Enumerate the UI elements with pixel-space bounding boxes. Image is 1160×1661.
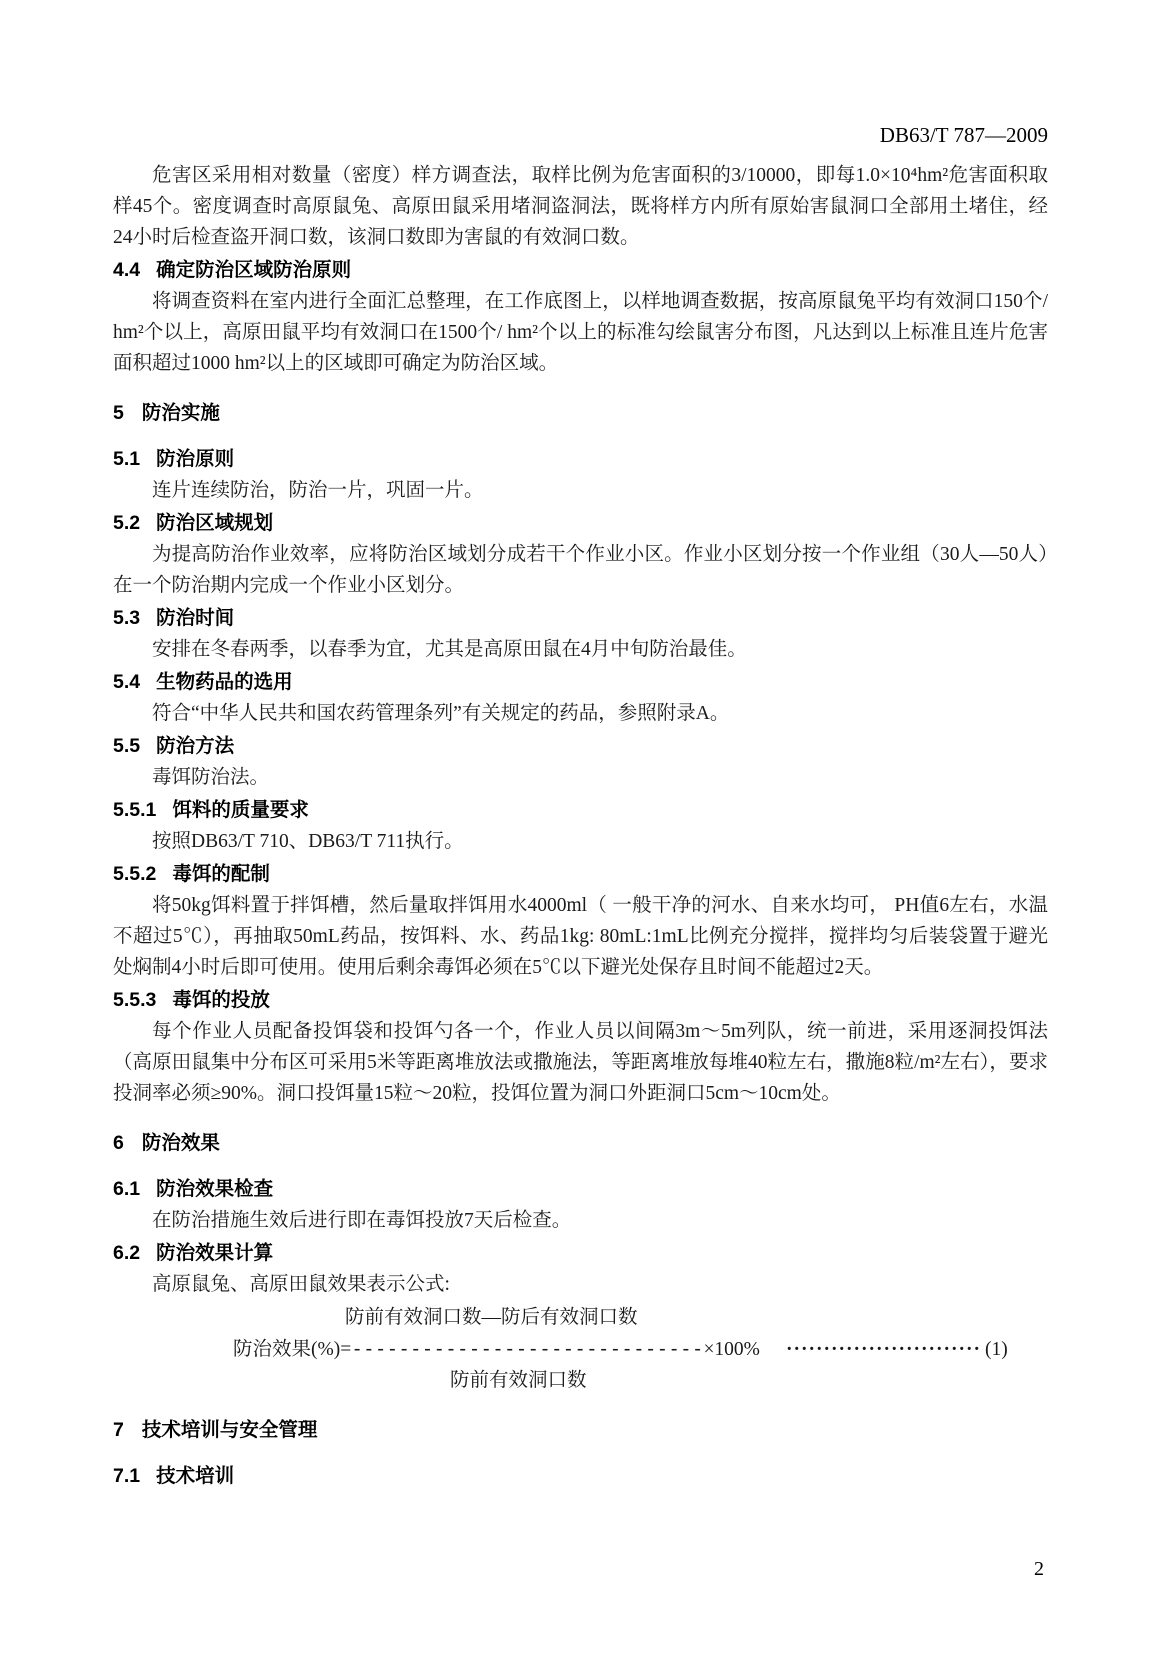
heading-5-5-1: 5.5.1饵料的质量要求 [113,795,1048,826]
clause-number: 6 [113,1132,124,1154]
paragraph-5-5-3: 每个作业人员配备投饵袋和投饵勺各一个，作业人员以间隔3m～5m列队，统一前进，采… [113,1016,1048,1109]
clause-title: 技术培训与安全管理 [142,1419,318,1441]
clause-number: 5 [113,402,124,424]
paragraph-5-3: 安排在冬春两季，以春季为宜，尤其是高原田鼠在4月中旬防治最佳。 [113,634,1048,665]
formula-multiplier: ×100% [703,1339,760,1360]
clause-number: 5.5.2 [113,863,156,885]
heading-6-1: 6.1防治效果检查 [113,1174,1048,1205]
heading-7: 7技术培训与安全管理 [113,1415,1048,1446]
formula-lhs: 防治效果(%)= [233,1339,351,1360]
formula-fraction-bar: ------------------------------ [351,1337,703,1360]
heading-5-5: 5.5防治方法 [113,731,1048,762]
clause-number: 7.1 [113,1465,140,1487]
clause-number: 7 [113,1419,124,1441]
clause-title: 防治实施 [142,402,220,424]
paragraph-6-1: 在防治措施生效后进行即在毒饵投放7天后检查。 [113,1205,1048,1236]
heading-5-5-2: 5.5.2毒饵的配制 [113,859,1048,890]
heading-5-2: 5.2防治区域规划 [113,508,1048,539]
clause-title: 防治效果计算 [156,1242,273,1264]
heading-7-1: 7.1技术培训 [113,1461,1048,1492]
clause-number: 6.2 [113,1242,140,1264]
clause-title: 防治效果检查 [156,1178,273,1200]
standard-code-header: DB63/T 787—2009 [113,122,1048,148]
clause-title: 毒饵的投放 [172,989,270,1011]
paragraph-4-4: 将调查资料在室内进行全面汇总整理，在工作底图上，以样地调查数据，按高原鼠兔平均有… [113,286,1048,379]
paragraph-5-5: 毒饵防治法。 [113,762,1048,793]
heading-5-5-3: 5.5.3毒饵的投放 [113,985,1048,1016]
formula-expression: 防治效果(%)=------------------------------×1… [233,1333,1048,1365]
clause-title: 防治区域规划 [156,512,273,534]
paragraph-5-4: 符合“中华人民共和国农药管理条列”有关规定的药品，参照附录A。 [113,698,1048,729]
clause-title: 生物药品的选用 [156,671,293,693]
formula-denominator: 防前有效洞口数 [450,1365,1048,1396]
paragraph-6-2: 高原鼠兔、高原田鼠效果表示公式: [113,1269,1048,1300]
paragraph-5-5-2: 将50kg饵料置于拌饵槽，然后量取拌饵用水4000ml（ 一般干净的河水、自来水… [113,890,1048,983]
paragraph-5-5-1: 按照DB63/T 710、DB63/T 711执行。 [113,826,1048,857]
clause-title: 饵料的质量要求 [172,799,309,821]
clause-number: 5.1 [113,448,140,470]
document-page: DB63/T 787—2009 危害区采用相对数量（密度）样方调查法，取样比例为… [0,0,1160,1661]
paragraph-5-1: 连片连续防治，防治一片，巩固一片。 [113,475,1048,506]
clause-title: 确定防治区域防治原则 [156,259,351,281]
paragraph-survey-method: 危害区采用相对数量（密度）样方调查法，取样比例为危害面积的3/10000，即每1… [113,160,1048,253]
clause-title: 毒饵的配制 [172,863,270,885]
equation-number: (1) [985,1339,1008,1360]
clause-number: 5.2 [113,512,140,534]
clause-number: 5.5 [113,735,140,757]
page-content: DB63/T 787—2009 危害区采用相对数量（密度）样方调查法，取样比例为… [113,122,1048,1492]
heading-6-2: 6.2防治效果计算 [113,1238,1048,1269]
clause-title: 防治方法 [156,735,234,757]
clause-title: 防治效果 [142,1132,220,1154]
page-number: 2 [1034,1558,1044,1581]
formula-numerator: 防前有效洞口数—防后有效洞口数 [345,1302,1048,1333]
clause-title: 防治原则 [156,448,234,470]
formula-block: 防前有效洞口数—防后有效洞口数 防治效果(%)=----------------… [113,1302,1048,1396]
heading-5: 5防治实施 [113,398,1048,429]
heading-5-1: 5.1防治原则 [113,444,1048,475]
clause-number: 5.3 [113,607,140,629]
clause-number: 5.4 [113,671,140,693]
heading-5-4: 5.4生物药品的选用 [113,667,1048,698]
clause-number: 5.5.3 [113,989,156,1011]
paragraph-5-2: 为提高防治作业效率，应将防治区域划分成若干个作业小区。作业小区划分按一个作业组（… [113,539,1048,601]
clause-number: 6.1 [113,1178,140,1200]
heading-4-4: 4.4确定防治区域防治原则 [113,255,1048,286]
clause-title: 技术培训 [156,1465,234,1487]
clause-title: 防治时间 [156,607,234,629]
clause-number: 4.4 [113,259,140,281]
heading-6: 6防治效果 [113,1128,1048,1159]
formula-dot-leader: ·························· [786,1339,981,1360]
heading-5-3: 5.3防治时间 [113,603,1048,634]
clause-number: 5.5.1 [113,799,156,821]
